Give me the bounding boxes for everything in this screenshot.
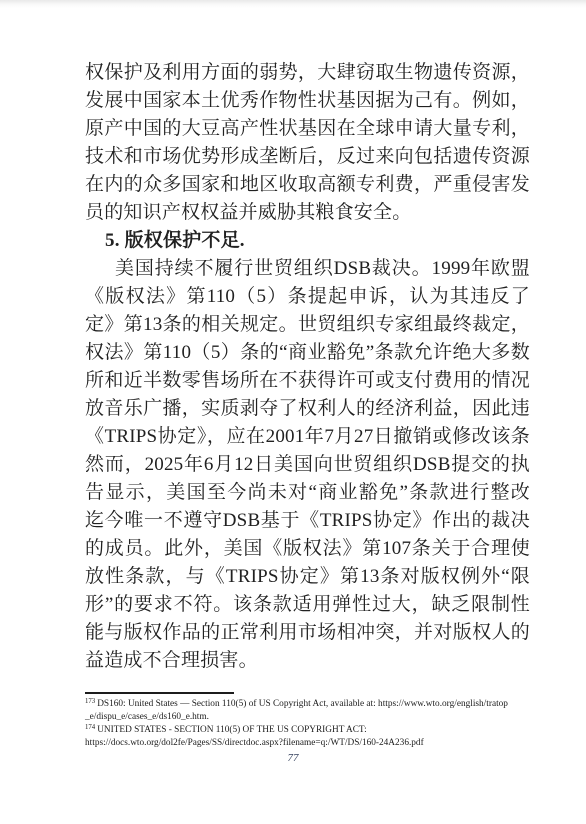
footnote-173: 173DS160: United States — Section 110(5)… xyxy=(85,698,555,711)
body-line: 形”的要求不符。该条款适用弹性过大，缺乏限制性标准，可 xyxy=(85,591,530,619)
body-line: 权保护及利用方面的弱势，大肆窃取生物遗传资源，将大量 xyxy=(85,59,530,87)
document-page: { "page": { "number": "77" }, "body": { … xyxy=(0,0,586,824)
footnote-174: 174UNITED STATES - SECTION 110(5) OF THE… xyxy=(85,724,555,737)
body-line: 益造成不合理损害。 xyxy=(85,647,530,675)
page-number: 77 xyxy=(0,752,586,764)
body-text: 权保护及利用方面的弱势，大肆窃取生物遗传资源，将大量 发展中国家本土优秀作物性状… xyxy=(85,59,530,675)
body-line: 原产中国的大豆高产性状基因在全球申请大量专利，利用其 xyxy=(85,115,530,143)
body-line: 技术和市场优势形成垄断后，反过来向包括遗传资源来源国 xyxy=(85,143,530,171)
body-line: 美国持续不履行世贸组织DSB裁决。1999年欧盟就美国 xyxy=(85,255,530,283)
body-line: 权法》第110（5）条的“商业豁免”条款允许绝大多数餐饮场 xyxy=(85,339,530,367)
footnotes: 173DS160: United States — Section 110(5)… xyxy=(85,698,555,750)
body-line: 员的知识产权权益并威胁其粮食安全。 xyxy=(85,199,530,227)
footnote-separator xyxy=(85,692,234,694)
body-line-text: 《TRIPS协定》，应在2001年7月27日撤销或修改该条款 xyxy=(85,426,530,451)
body-line: 能与版权作品的正常利用市场相冲突，并对版权人的合法权 xyxy=(85,619,530,647)
body-line: 《TRIPS协定》，应在2001年7月27日撤销或修改该条款173。 xyxy=(85,423,530,451)
body-line: 在内的众多国家和地区收取高额专利费，严重侵害发展中成 xyxy=(85,171,530,199)
body-line: 所和近半数零售场所在不获得许可或支付费用的情况下播 xyxy=(85,367,530,395)
section-heading: 5. 版权保护不足. xyxy=(85,227,530,255)
body-line-text: 告显示，美国至今尚未对“商业豁免”条款进行整改 xyxy=(85,482,530,503)
body-line: 发展中国家本土优秀作物性状基因据为己有。例如，美国将 xyxy=(85,87,530,115)
footnote-number: 174 xyxy=(85,724,95,731)
footnote-number: 173 xyxy=(85,698,95,705)
body-line: 《版权法》第110（5）条提起申诉，认为其违反了《TRIPS协 xyxy=(85,283,530,311)
body-line: 放音乐广播，实质剥夺了权利人的经济利益，因此违反了 xyxy=(85,395,530,423)
footnote-174-url: https://docs.wto.org/dol2fe/Pages/SS/dir… xyxy=(85,737,555,750)
footnote-173-continuation: _e/dispu_e/cases_e/ds160_e.htm. xyxy=(85,711,555,724)
page-top-edge xyxy=(0,0,586,8)
body-line: 放性条款，与《TRIPS协定》第13条对版权例外“限于特殊情 xyxy=(85,563,530,591)
body-line: 告显示，美国至今尚未对“商业豁免”条款进行整改174，成为 xyxy=(85,479,530,507)
body-line: 然而，2025年6月12日美国向世贸组织DSB提交的执行情况报 xyxy=(85,451,530,479)
body-line: 定》第13条的相关规定。世贸组织专家组最终裁定，美国《版 xyxy=(85,311,530,339)
footnote-text: DS160: United States — Section 110(5) of… xyxy=(97,699,508,709)
body-line: 的成员。此外，美国《版权法》第107条关于合理使用的开 xyxy=(85,535,530,563)
footnote-text: UNITED STATES - SECTION 110(5) OF THE US… xyxy=(97,725,367,735)
body-line: 迄今唯一不遵守DSB基于《TRIPS协定》作出的裁决和建议 xyxy=(85,507,530,535)
